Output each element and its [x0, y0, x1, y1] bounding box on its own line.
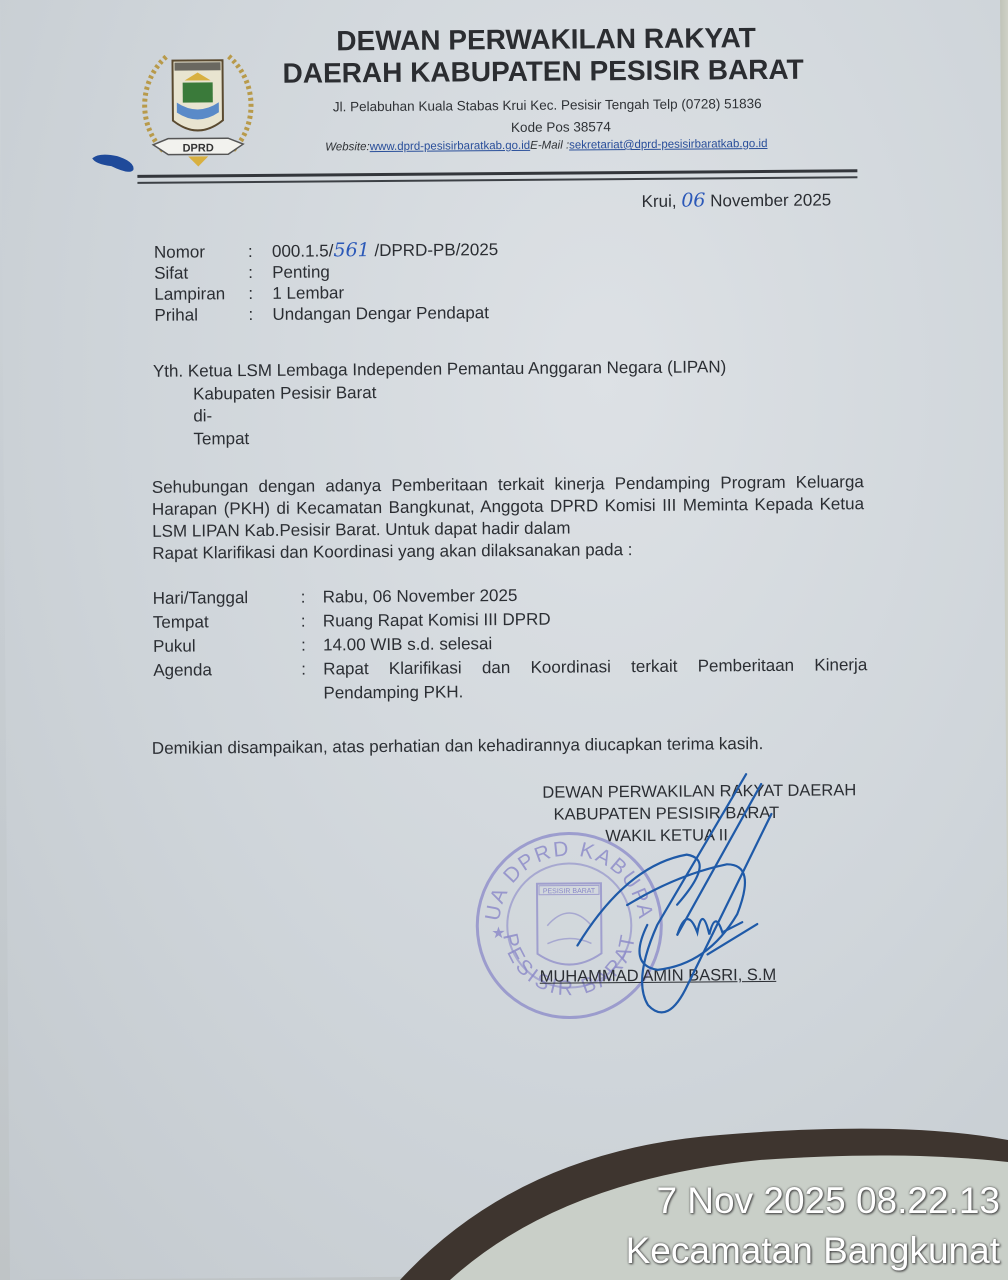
detail-row-agenda: Agenda : Rapat Klarifikasi dan Koordinas… — [153, 653, 867, 707]
letterhead-postal: Kode Pos 38574 — [511, 119, 611, 135]
nomor-handwritten: 561 — [333, 239, 369, 261]
email-link[interactable]: sekretariat@dprd-pesisirbaratkab.go.id — [569, 138, 767, 152]
email-label: E-Mail : — [530, 140, 569, 152]
letterhead-address: Jl. Pelabuhan Kuala Stabas Krui Kec. Pes… — [333, 96, 762, 114]
svg-text:★: ★ — [491, 925, 505, 942]
date-place: Krui, — [642, 192, 677, 211]
handwritten-signature-icon — [536, 764, 798, 1056]
recipient-block: Yth. Ketua LSM Lembaga Independen Pemant… — [153, 356, 727, 451]
body-paragraph: Sehubungan dengan adanya Pemberitaan ter… — [152, 471, 865, 565]
meta-row-nomor: Nomor : 000.1.5/561 /DPRD-PB/2025 — [154, 239, 498, 263]
letter-meta: Nomor : 000.1.5/561 /DPRD-PB/2025 Sifat … — [154, 239, 499, 326]
date-month-year: November 2025 — [710, 190, 831, 210]
meta-row-prihal: Prihal : Undangan Dengar Pendapat — [154, 302, 498, 326]
closing-sentence: Demikian disampaikan, atas perhatian dan… — [152, 734, 764, 759]
letterhead-title-1: DEWAN PERWAKILAN RAKYAT — [336, 22, 756, 57]
body-paragraph-last: Rapat Klarifikasi dan Koordinasi yang ak… — [152, 537, 864, 565]
photo-location: Kecamatan Bangkunat — [626, 1230, 1000, 1272]
svg-text:DPRD: DPRD — [183, 142, 214, 154]
recipient-line-1: Yth. Ketua LSM Lembaga Independen Pemant… — [153, 356, 727, 383]
meta-row-sifat: Sifat : Penting — [154, 260, 498, 284]
letterhead-rule-thin — [137, 176, 857, 183]
meta-row-lampiran: Lampiran : 1 Lembar — [154, 281, 498, 305]
ink-smudge — [89, 152, 137, 174]
website-label: Website: — [325, 141, 370, 153]
letterhead-contact: Website:www.dprd-pesisirbaratkab.go.idE-… — [325, 138, 767, 153]
dprd-crest-icon: DPRD — [132, 40, 263, 171]
photo-timestamp: 7 Nov 2025 08.22.13 — [656, 1180, 1000, 1222]
letterhead-title-2: DAERAH KABUPATEN PESISIR BARAT — [282, 54, 803, 90]
website-link[interactable]: www.dprd-pesisirbaratkab.go.id — [370, 140, 531, 153]
letter-date: Krui, 06 November 2025 — [642, 188, 832, 211]
meeting-details: Hari/Tanggal : Rabu, 06 November 2025 Te… — [153, 581, 868, 707]
recipient-line-4: Tempat — [153, 424, 727, 451]
body-paragraph-main: Sehubungan dengan adanya Pemberitaan ter… — [152, 471, 864, 543]
date-day-handwritten: 06 — [681, 189, 705, 211]
